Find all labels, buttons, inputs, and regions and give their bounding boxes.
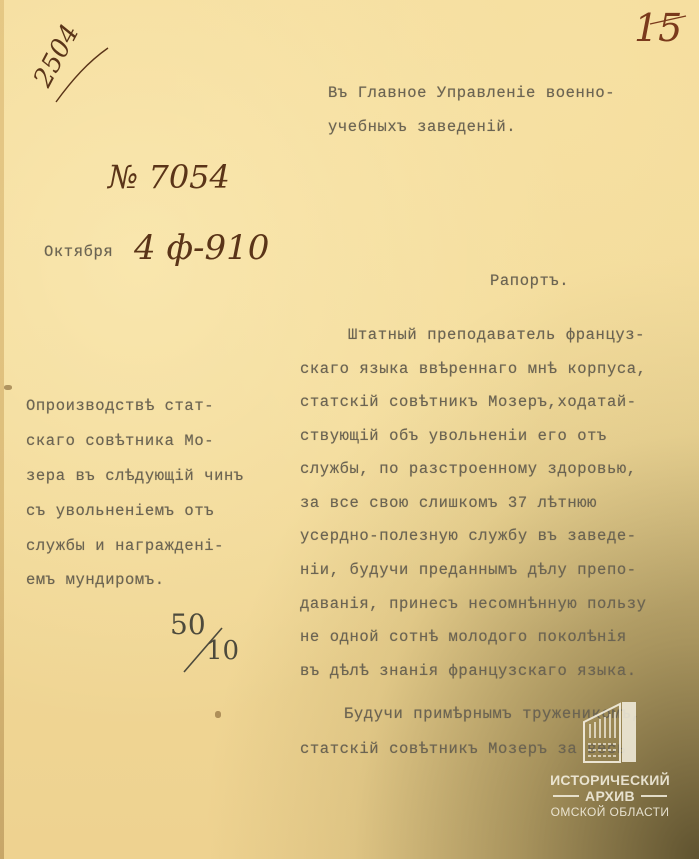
handwritten-page-number: 15 xyxy=(634,6,682,50)
margin-note-line: емъ мундиромъ. xyxy=(26,571,165,589)
body-line: статскій совѣтникъ Мозеръ,ходатай- xyxy=(300,393,637,411)
watermark-rule-left xyxy=(553,795,579,797)
page-number-stroke-icon xyxy=(648,14,688,28)
margin-note-line: зера въ слѣдующій чинъ xyxy=(26,467,244,485)
margin-note-line: службы и награжденi- xyxy=(26,537,224,555)
margin-note-line: съ увольненіемъ отъ xyxy=(26,502,214,520)
paper-stain xyxy=(215,711,221,718)
pencil-annotation-bottom: 10 xyxy=(206,636,239,666)
margin-note-line: Опроизводствѣ стат- xyxy=(26,397,214,415)
body-line: даванія, принесъ несомнѣнную пользу xyxy=(300,595,647,613)
watermark-title: ИСТОРИЧЕСКИЙ xyxy=(540,772,680,788)
body-line: скаго языка ввѣреннаго мнѣ корпуса, xyxy=(300,360,647,378)
archive-watermark: ИСТОРИЧЕСКИЙ АРХИВ ОМСКОЙ ОБЛАСТИ xyxy=(540,700,680,819)
body-line: усердно-полезную службу въ заведе- xyxy=(300,527,637,545)
margin-note-line: скаго совѣтника Мо- xyxy=(26,432,214,450)
watermark-subtitle: АРХИВ xyxy=(540,788,680,804)
watermark-rule-right xyxy=(641,795,667,797)
document-type-title: Рапортъ. xyxy=(490,272,569,290)
body-line: Штатный преподаватель француз- xyxy=(348,326,645,344)
archive-building-icon xyxy=(582,700,638,766)
addressee-line-1: Въ Главное Управленіе военно- xyxy=(328,84,615,102)
body-line: не одной сотнѣ молодого поколѣнія xyxy=(300,628,627,646)
handwritten-stroke-icon xyxy=(52,40,112,106)
handwritten-outgoing-number: № 7054 xyxy=(108,158,230,196)
paper-stain xyxy=(4,385,12,390)
watermark-subtitle-text: АРХИВ xyxy=(585,788,635,804)
body-line: въ дѣлѣ знанія французскаго языка. xyxy=(300,662,637,680)
addressee-line-2: учебныхъ заведеній. xyxy=(328,118,516,136)
watermark-region: ОМСКОЙ ОБЛАСТИ xyxy=(540,805,680,819)
paper-left-edge xyxy=(0,0,4,859)
body-line: за все свою слишкомъ 37 лѣтнюю xyxy=(300,494,597,512)
body-line: службы, по разстроенному здоровью, xyxy=(300,460,637,478)
date-month-label: Октября xyxy=(44,243,113,261)
handwritten-date: 4 ф-910 xyxy=(134,228,269,268)
body-line: ніи, будучи преданнымъ дѣлу препо- xyxy=(300,561,637,579)
body-line: ствующій объ увольненіи его отъ xyxy=(300,427,607,445)
